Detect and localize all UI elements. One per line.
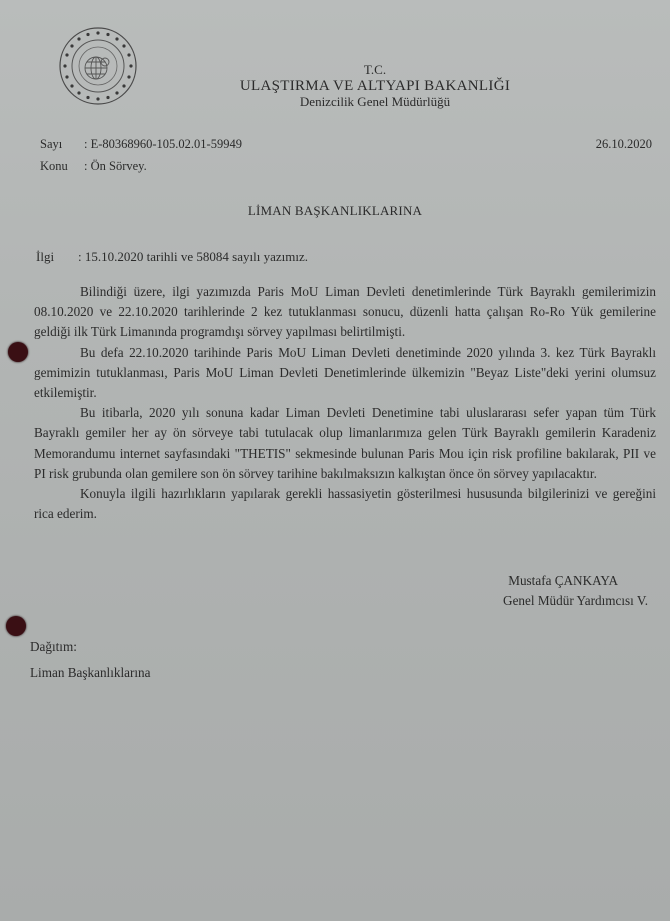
letterhead: T.C. ULAŞTIRMA VE ALTYAPI BAKANLIĞI Deni… bbox=[210, 62, 540, 110]
department-name: Denizcilik Genel Müdürlüğü bbox=[210, 94, 540, 110]
paragraph: Konuyla ilgili hazırlıkların yapılarak g… bbox=[34, 484, 656, 524]
country-abbreviation: T.C. bbox=[210, 62, 540, 78]
reference-label: İlgi bbox=[36, 249, 78, 265]
reference-row: İlgi: 15.10.2020 tarihli ve 58084 sayılı… bbox=[36, 249, 308, 265]
distribution-label: Dağıtım: bbox=[30, 634, 150, 660]
signatory-title: Genel Müdür Yardımcısı V. bbox=[503, 591, 648, 611]
signature-block: Mustafa ÇANKAYA Genel Müdür Yardımcısı V… bbox=[503, 571, 648, 611]
paragraph: Bu itibarla, 2020 yılı sonuna kadar Lima… bbox=[34, 403, 656, 484]
document-date: 26.10.2020 bbox=[596, 137, 652, 152]
ministry-emblem-icon bbox=[58, 26, 138, 106]
punch-hole-icon bbox=[6, 616, 26, 636]
document-page: T.C. ULAŞTIRMA VE ALTYAPI BAKANLIĞI Deni… bbox=[0, 0, 670, 921]
number-value: : E-80368960-105.02.01-59949 bbox=[84, 137, 242, 151]
subject-row: Konu: Ön Sörvey. bbox=[40, 159, 147, 174]
distribution-block: Dağıtım: Liman Başkanlıklarına bbox=[30, 634, 150, 686]
subject-value: : Ön Sörvey. bbox=[84, 159, 147, 173]
reference-number-row: Sayı: E-80368960-105.02.01-59949 bbox=[40, 137, 242, 152]
subject-label: Konu bbox=[40, 159, 84, 174]
paragraph: Bilindiği üzere, ilgi yazımızda Paris Mo… bbox=[34, 282, 656, 343]
punch-hole-icon bbox=[8, 342, 28, 362]
signatory-name: Mustafa ÇANKAYA bbox=[503, 571, 648, 591]
reference-value: : 15.10.2020 tarihli ve 58084 sayılı yaz… bbox=[78, 249, 308, 264]
ministry-name: ULAŞTIRMA VE ALTYAPI BAKANLIĞI bbox=[210, 78, 540, 94]
distribution-recipient: Liman Başkanlıklarına bbox=[30, 660, 150, 686]
number-label: Sayı bbox=[40, 137, 84, 152]
letter-body: Bilindiği üzere, ilgi yazımızda Paris Mo… bbox=[34, 282, 656, 524]
addressee: LİMAN BAŞKANLIKLARINA bbox=[0, 203, 670, 219]
paragraph: Bu defa 22.10.2020 tarihinde Paris MoU L… bbox=[34, 343, 656, 404]
